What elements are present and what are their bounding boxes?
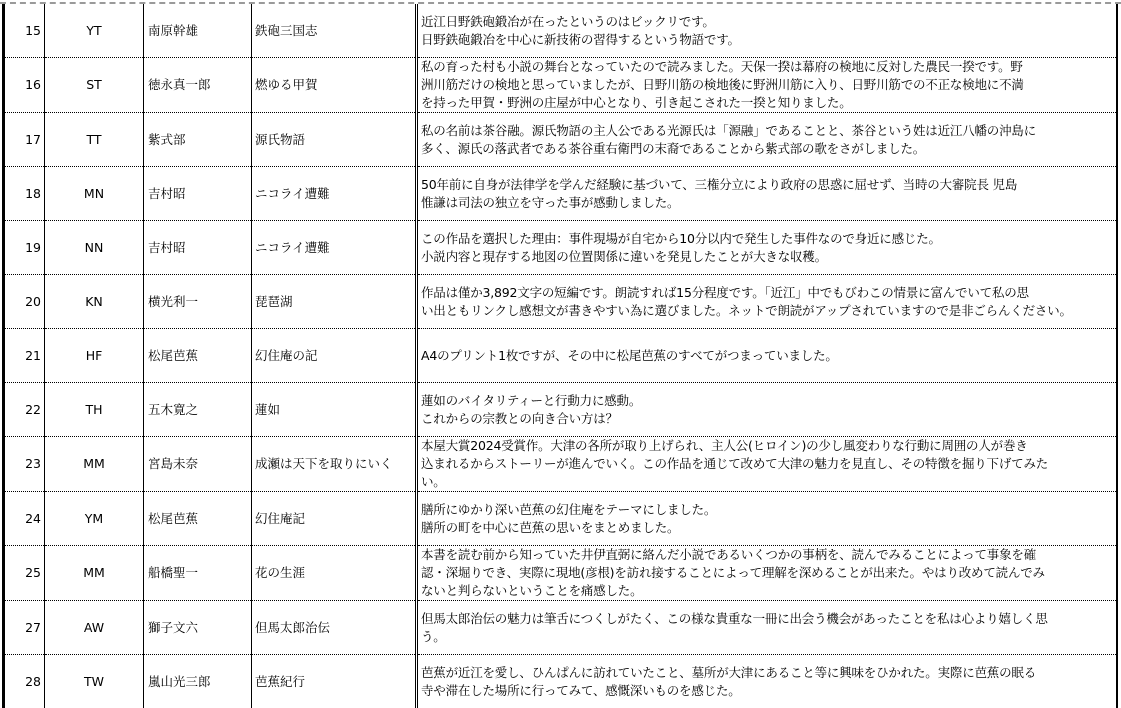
comment-line-2: 多く、源氏の落武者である茶谷重右衛門の末裔であることから紫式部の歌をさがしました…: [421, 140, 1112, 158]
comment-line-2: 寺や滞在した場所に行ってみて、感慨深いものを感じた。: [421, 682, 1112, 700]
table-row: 20 KN 横光利一 琵琶湖 作品は僅か3,892文字の短編です。朗読すれば15…: [4, 275, 1118, 329]
table-row: 15 YT 南原幹雄 鉄砲三国志 近江日野鉄砲鍛冶が在ったというのはビックリです…: [4, 4, 1118, 58]
comment-cell[interactable]: 作品は僅か3,892文字の短編です。朗読すれば15分程度です。「近江」中でもびわ…: [417, 275, 1118, 329]
member-initials-cell[interactable]: HF: [45, 329, 144, 383]
comment-line-1: 芭蕉が近江を愛し、ひんぱんに訪れていたこと、墓所が大津にあること等に興味をひかれ…: [421, 664, 1112, 682]
row-number-cell[interactable]: 28: [4, 655, 45, 708]
book-review-table: 15 YT 南原幹雄 鉄砲三国志 近江日野鉄砲鍛冶が在ったというのはビックリです…: [2, 4, 1118, 708]
member-initials-cell[interactable]: MM: [45, 546, 144, 601]
comment-cell[interactable]: この作品を選択した理由：事件現場が自宅から10分以内で発生した事件なので身近に感…: [417, 221, 1118, 275]
comment-line-2: 膳所の町を中心に芭蕉の思いをまとめました。: [421, 519, 1112, 537]
comment-cell[interactable]: 膳所にゆかり深い芭蕉の幻住庵をテーマにしました。 膳所の町を中心に芭蕉の思いをま…: [417, 492, 1118, 546]
comment-line-2: 日野鉄砲鍛冶を中心に新技術の習得するという物語です。: [421, 31, 1112, 49]
row-number-cell[interactable]: 23: [4, 437, 45, 492]
row-number-cell[interactable]: 15: [4, 4, 45, 58]
table-row: 18 MN 吉村昭 ニコライ遭難 50年前に自身が法律学を学んだ経験に基づいて、…: [4, 167, 1118, 221]
comment-line-2: 認・深堀りでき、実際に現地(彦根)を訪れ接することによって理解を深めることが出来…: [421, 564, 1112, 582]
member-initials-cell[interactable]: ST: [45, 58, 144, 113]
comment-cell[interactable]: 本書を読む前から知っていた井伊直弼に絡んだ小説であるいくつかの事柄を、読んでみる…: [417, 546, 1118, 601]
row-number-cell[interactable]: 17: [4, 113, 45, 167]
comment-line-1: 私の名前は茶谷融。源氏物語の主人公である光源氏は「源融」であることと、茶谷という…: [421, 122, 1112, 140]
table-row: 22 TH 五木寛之 蓮如 蓮如のバイタリティーと行動力に感動。 これからの宗教…: [4, 383, 1118, 437]
book-title-cell[interactable]: 但馬太郎治伝: [252, 601, 417, 655]
author-cell[interactable]: 宮島未奈: [144, 437, 252, 492]
comment-line-1: A4のプリント1枚ですが、その中に松尾芭蕉のすべてがつまっていました。: [421, 347, 1112, 365]
comment-cell[interactable]: 蓮如のバイタリティーと行動力に感動。 これからの宗教との向き合い方は？: [417, 383, 1118, 437]
author-cell[interactable]: 徳永真一郎: [144, 58, 252, 113]
book-title-cell[interactable]: ニコライ遭難: [252, 221, 417, 275]
comment-line-2: い出ともリンクし感想文が書きやすい為に選びました。ネットで朗読がアップされていま…: [421, 302, 1112, 320]
comment-line-3: を持った甲賀・野洲の庄屋が中心となり、引き起こされた一揆と知りました。: [421, 94, 1112, 112]
comment-line-3: い。: [421, 473, 1112, 491]
comment-line-1: 近江日野鉄砲鍛冶が在ったというのはビックリです。: [421, 13, 1112, 31]
author-cell[interactable]: 船橋聖一: [144, 546, 252, 601]
member-initials-cell[interactable]: NN: [45, 221, 144, 275]
book-title-cell[interactable]: 鉄砲三国志: [252, 4, 417, 58]
table-row: 21 HF 松尾芭蕉 幻住庵の記 A4のプリント1枚ですが、その中に松尾芭蕉のす…: [4, 329, 1118, 383]
author-cell[interactable]: 紫式部: [144, 113, 252, 167]
comment-line-3: ないと判らないということを痛感した。: [421, 582, 1112, 600]
book-title-cell[interactable]: 琵琶湖: [252, 275, 417, 329]
book-title-cell[interactable]: 燃ゆる甲賀: [252, 58, 417, 113]
row-number-cell[interactable]: 18: [4, 167, 45, 221]
row-number-cell[interactable]: 24: [4, 492, 45, 546]
member-initials-cell[interactable]: MM: [45, 437, 144, 492]
author-cell[interactable]: 松尾芭蕉: [144, 492, 252, 546]
table-row: 16 ST 徳永真一郎 燃ゆる甲賀 私の育った村も小説の舞台となっていたので読み…: [4, 58, 1118, 113]
author-cell[interactable]: 吉村昭: [144, 167, 252, 221]
book-title-cell[interactable]: 幻住庵の記: [252, 329, 417, 383]
author-cell[interactable]: 松尾芭蕉: [144, 329, 252, 383]
author-cell[interactable]: 獅子文六: [144, 601, 252, 655]
comment-line-1: 蓮如のバイタリティーと行動力に感動。: [421, 392, 1112, 410]
table-row: 24 YM 松尾芭蕉 幻住庵記 膳所にゆかり深い芭蕉の幻住庵をテーマにしました。…: [4, 492, 1118, 546]
comment-cell[interactable]: 私の育った村も小説の舞台となっていたので読みました。天保一揆は幕府の検地に反対し…: [417, 58, 1118, 113]
row-number-cell[interactable]: 16: [4, 58, 45, 113]
comment-line-1: 作品は僅か3,892文字の短編です。朗読すれば15分程度です。「近江」中でもびわ…: [421, 284, 1112, 302]
comment-cell[interactable]: 但馬太郎治伝の魅力は筆舌につくしがたく、この様な貴重な一冊に出会う機会があったこ…: [417, 601, 1118, 655]
table-row: 23 MM 宮島未奈 成瀬は天下を取りにいく 本屋大賞2024受賞作。大津の各所…: [4, 437, 1118, 492]
row-number-cell[interactable]: 25: [4, 546, 45, 601]
member-initials-cell[interactable]: AW: [45, 601, 144, 655]
comment-line-2: 小説内容と現存する地図の位置関係に違いを発見したことが大きな収穫。: [421, 248, 1112, 266]
comment-cell[interactable]: 近江日野鉄砲鍛冶が在ったというのはビックリです。 日野鉄砲鍛冶を中心に新技術の習…: [417, 4, 1118, 58]
row-number-cell[interactable]: 22: [4, 383, 45, 437]
row-number-cell[interactable]: 27: [4, 601, 45, 655]
member-initials-cell[interactable]: MN: [45, 167, 144, 221]
comment-cell[interactable]: 本屋大賞2024受賞作。大津の各所が取り上げられ、主人公(ヒロイン)の少し風変わ…: [417, 437, 1118, 492]
comment-line-1: この作品を選択した理由：事件現場が自宅から10分以内で発生した事件なので身近に感…: [421, 230, 1112, 248]
book-title-cell[interactable]: 成瀬は天下を取りにいく: [252, 437, 417, 492]
comment-line-1: 本屋大賞2024受賞作。大津の各所が取り上げられ、主人公(ヒロイン)の少し風変わ…: [421, 437, 1112, 455]
member-initials-cell[interactable]: YM: [45, 492, 144, 546]
comment-line-2: これからの宗教との向き合い方は？: [421, 410, 1112, 428]
author-cell[interactable]: 南原幹雄: [144, 4, 252, 58]
member-initials-cell[interactable]: TW: [45, 655, 144, 708]
comment-line-2: う。: [421, 628, 1112, 646]
row-number-cell[interactable]: 21: [4, 329, 45, 383]
table-row: 25 MM 船橋聖一 花の生涯 本書を読む前から知っていた井伊直弼に絡んだ小説で…: [4, 546, 1118, 601]
comment-line-2: 惟謙は司法の独立を守った事が感動しました。: [421, 194, 1112, 212]
book-title-cell[interactable]: 花の生涯: [252, 546, 417, 601]
book-title-cell[interactable]: 芭蕉紀行: [252, 655, 417, 708]
comment-cell[interactable]: 50年前に自身が法律学を学んだ経験に基づいて、三権分立により政府の思惑に屈せず、…: [417, 167, 1118, 221]
member-initials-cell[interactable]: TT: [45, 113, 144, 167]
comment-line-2: 洲川筋だけの検地と思っていましたが、日野川筋の検地後に野洲川筋に入り、日野川筋で…: [421, 76, 1112, 94]
table-row: 27 AW 獅子文六 但馬太郎治伝 但馬太郎治伝の魅力は筆舌につくしがたく、この…: [4, 601, 1118, 655]
comment-cell[interactable]: 芭蕉が近江を愛し、ひんぱんに訪れていたこと、墓所が大津にあること等に興味をひかれ…: [417, 655, 1118, 708]
comment-line-1: 本書を読む前から知っていた井伊直弼に絡んだ小説であるいくつかの事柄を、読んでみる…: [421, 546, 1112, 564]
table-row: 17 TT 紫式部 源氏物語 私の名前は茶谷融。源氏物語の主人公である光源氏は「…: [4, 113, 1118, 167]
author-cell[interactable]: 横光利一: [144, 275, 252, 329]
member-initials-cell[interactable]: KN: [45, 275, 144, 329]
table-row: 19 NN 吉村昭 ニコライ遭難 この作品を選択した理由：事件現場が自宅から10…: [4, 221, 1118, 275]
author-cell[interactable]: 五木寛之: [144, 383, 252, 437]
comment-line-1: 50年前に自身が法律学を学んだ経験に基づいて、三権分立により政府の思惑に屈せず、…: [421, 176, 1112, 194]
author-cell[interactable]: 嵐山光三郎: [144, 655, 252, 708]
member-initials-cell[interactable]: TH: [45, 383, 144, 437]
row-number-cell[interactable]: 20: [4, 275, 45, 329]
comment-line-1: 私の育った村も小説の舞台となっていたので読みました。天保一揆は幕府の検地に反対し…: [421, 58, 1112, 76]
comment-cell[interactable]: 私の名前は茶谷融。源氏物語の主人公である光源氏は「源融」であることと、茶谷という…: [417, 113, 1118, 167]
row-number-cell[interactable]: 19: [4, 221, 45, 275]
author-cell[interactable]: 吉村昭: [144, 221, 252, 275]
book-title-cell[interactable]: 源氏物語: [252, 113, 417, 167]
book-title-cell[interactable]: 幻住庵記: [252, 492, 417, 546]
table-row: 28 TW 嵐山光三郎 芭蕉紀行 芭蕉が近江を愛し、ひんぱんに訪れていたこと、墓…: [4, 655, 1118, 708]
comment-line-1: 膳所にゆかり深い芭蕉の幻住庵をテーマにしました。: [421, 501, 1112, 519]
comment-cell[interactable]: A4のプリント1枚ですが、その中に松尾芭蕉のすべてがつまっていました。: [417, 329, 1118, 383]
member-initials-cell[interactable]: YT: [45, 4, 144, 58]
comment-line-1: 但馬太郎治伝の魅力は筆舌につくしがたく、この様な貴重な一冊に出会う機会があったこ…: [421, 610, 1112, 628]
comment-line-2: 込まれるからストーリーが進んでいく。この作品を通じて改めて大津の魅力を見直し、そ…: [421, 455, 1112, 473]
book-title-cell[interactable]: 蓮如: [252, 383, 417, 437]
book-title-cell[interactable]: ニコライ遭難: [252, 167, 417, 221]
